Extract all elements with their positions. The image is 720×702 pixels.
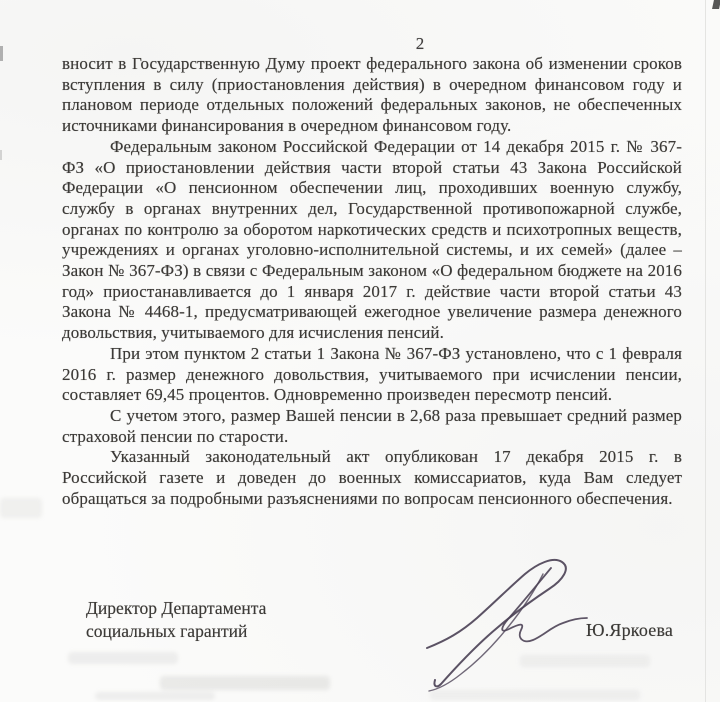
bleed-through-artifact — [160, 676, 330, 690]
signer-title-line-1: Директор Департамента — [86, 597, 266, 620]
page-number: 2 — [400, 34, 440, 54]
signer-title: Директор Департамента социальных гаранти… — [86, 597, 266, 643]
scan-edge-tick — [0, 46, 3, 61]
signature-stroke-descender — [429, 574, 543, 691]
scan-page-edge-line — [705, 0, 706, 702]
paragraph-3: При этом пунктом 2 статьи 1 Закона № 367… — [62, 344, 682, 406]
paragraph-1: вносит в Государственную Думу проект фед… — [62, 54, 682, 137]
signer-title-line-2: социальных гарантий — [86, 620, 266, 643]
scan-edge-tick — [0, 150, 2, 160]
signature-stroke-curl — [502, 568, 587, 641]
bleed-through-artifact — [95, 692, 215, 700]
bleed-through-artifact — [68, 652, 178, 664]
scanned-letter-page: 2 вносит в Государственную Думу проект ф… — [0, 0, 720, 702]
paragraph-2: Федеральным законом Российской Федерации… — [62, 137, 682, 344]
bleed-through-artifact — [0, 498, 42, 518]
paragraph-5: Указанный законодательный акт опубликова… — [62, 447, 682, 509]
scan-corner-mark — [712, 0, 720, 9]
letter-body: вносит в Государственную Думу проект фед… — [62, 54, 682, 509]
signature-stroke-main — [427, 560, 566, 686]
paragraph-4: С учетом этого, размер Вашей пенсии в 2,… — [62, 406, 682, 447]
handwritten-signature — [398, 528, 610, 702]
signer-name: Ю.Яркоева — [586, 620, 673, 641]
